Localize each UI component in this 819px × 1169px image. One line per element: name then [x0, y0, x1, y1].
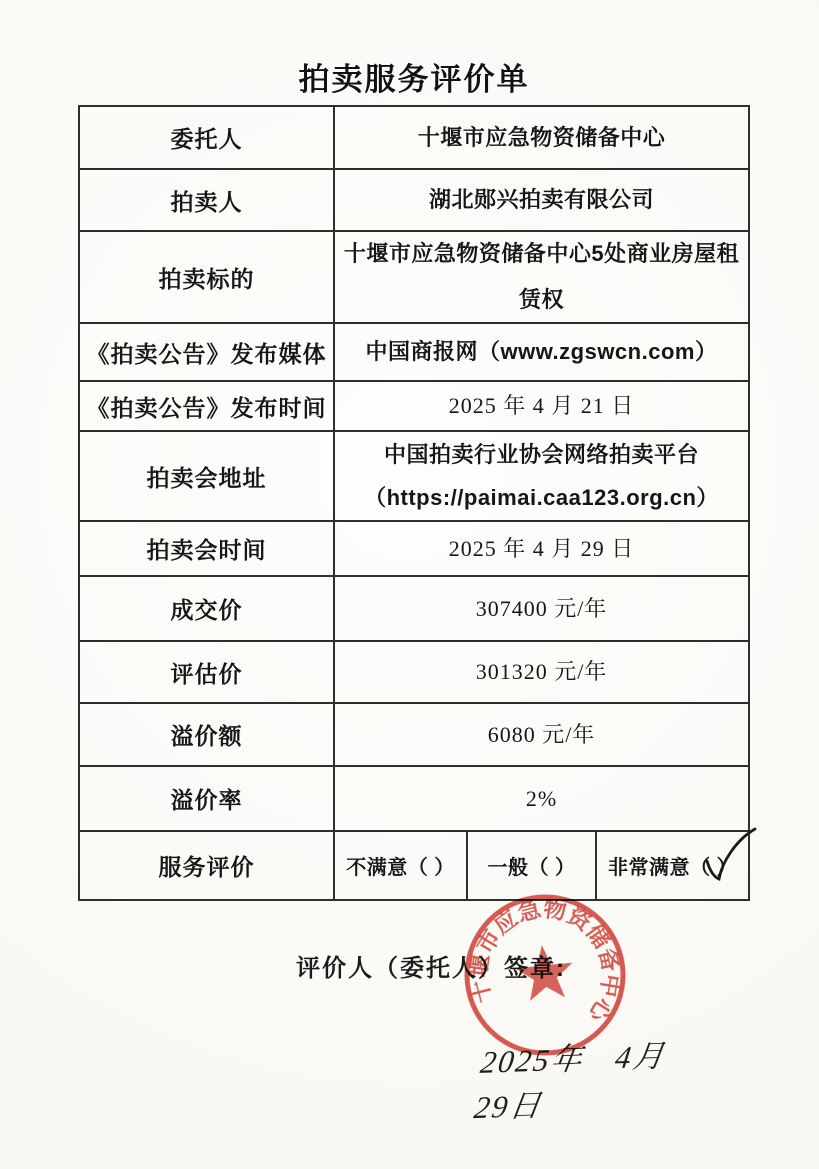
- table-row: 委托人 十堰市应急物资储备中心: [80, 107, 748, 170]
- row-label-premium-amount: 溢价额: [80, 704, 335, 765]
- table-row: 成交价 307400 元/年: [80, 577, 748, 642]
- table-row: 《拍卖公告》发布媒体 中国商报网（www.zgswcn.com）: [80, 324, 748, 382]
- scanned-document-page: 拍卖服务评价单 委托人 十堰市应急物资储备中心 拍卖人 湖北郧兴拍卖有限公司 拍…: [0, 0, 819, 1169]
- row-label-premium-rate: 溢价率: [80, 767, 335, 830]
- row-label-subject: 拍卖标的: [80, 232, 335, 322]
- row-value-premium-rate: 2%: [335, 767, 748, 830]
- stamp-star-icon: [514, 942, 576, 1002]
- page-title: 拍卖服务评价单: [78, 54, 750, 99]
- row-value-client: 十堰市应急物资储备中心: [335, 107, 748, 168]
- handwritten-date-day: 29日: [472, 1080, 546, 1128]
- row-label-service-evaluation: 服务评价: [80, 832, 335, 899]
- table-row: 溢价额 6080 元/年: [80, 704, 748, 767]
- table-row: 评估价 301320 元/年: [80, 642, 748, 704]
- row-value-auctioneer: 湖北郧兴拍卖有限公司: [335, 170, 748, 230]
- table-row: 拍卖会地址 中国拍卖行业协会网络拍卖平台 （https://paimai.caa…: [80, 432, 748, 522]
- row-label-auction-date: 拍卖会时间: [80, 522, 335, 575]
- row-value-auction-address: 中国拍卖行业协会网络拍卖平台 （https://paimai.caa123.or…: [335, 432, 748, 520]
- row-label-deal-price: 成交价: [80, 577, 335, 640]
- row-label-auctioneer: 拍卖人: [80, 170, 335, 230]
- table-row: 拍卖会时间 2025 年 4 月 29 日: [80, 522, 748, 577]
- row-label-announce-media: 《拍卖公告》发布媒体: [80, 324, 335, 380]
- row-label-announce-date: 《拍卖公告》发布时间: [80, 382, 335, 430]
- table-row: 拍卖人 湖北郧兴拍卖有限公司: [80, 170, 748, 232]
- official-red-stamp: 十堰市应急物资储备中心: [446, 876, 644, 1074]
- evaluation-table: 委托人 十堰市应急物资储备中心 拍卖人 湖北郧兴拍卖有限公司 拍卖标的 十堰市应…: [78, 105, 750, 901]
- row-value-auction-date: 2025 年 4 月 29 日: [335, 522, 748, 575]
- row-label-client: 委托人: [80, 107, 335, 168]
- row-value-announce-date: 2025 年 4 月 21 日: [335, 382, 748, 430]
- table-row: 拍卖标的 十堰市应急物资储备中心5处商业房屋租赁权: [80, 232, 748, 324]
- table-row: 《拍卖公告》发布时间 2025 年 4 月 21 日: [80, 382, 748, 432]
- row-value-subject: 十堰市应急物资储备中心5处商业房屋租赁权: [335, 232, 748, 322]
- row-value-premium-amount: 6080 元/年: [335, 704, 748, 765]
- handwritten-checkmark-icon: [697, 826, 759, 890]
- table-row: 溢价率 2%: [80, 767, 748, 832]
- row-value-appraisal-price: 301320 元/年: [335, 642, 748, 702]
- row-label-auction-address: 拍卖会地址: [80, 432, 335, 520]
- table-row-service-evaluation: 服务评价 不满意（ ） 一般（ ） 非常满意（ ）: [80, 832, 748, 899]
- row-value-deal-price: 307400 元/年: [335, 577, 748, 640]
- row-value-announce-media: 中国商报网（www.zgswcn.com）: [335, 324, 748, 380]
- option-unsatisfied: 不满意（ ）: [335, 832, 468, 899]
- row-label-appraisal-price: 评估价: [80, 642, 335, 702]
